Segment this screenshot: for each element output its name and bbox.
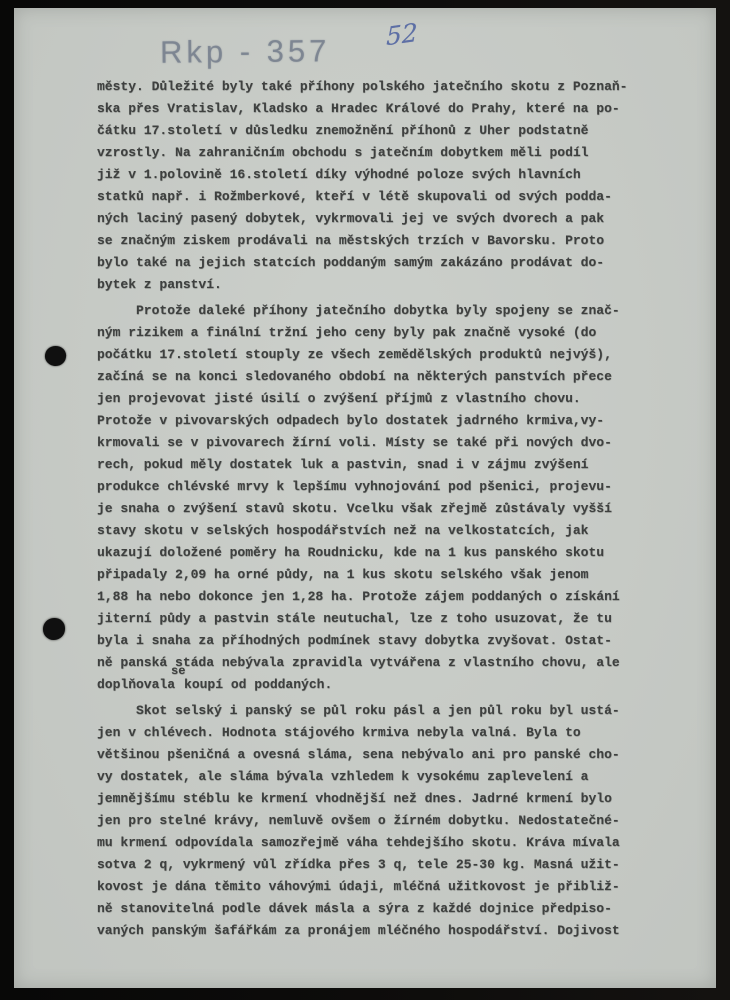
paragraph: Skot selský i panský se půl roku pásl a … <box>97 701 677 943</box>
text-line: byla i snaha za příhodných podmínek stav… <box>97 631 677 653</box>
paragraph: Protože daleké příhony jatečního dobytka… <box>97 301 677 697</box>
text-line: se značným ziskem prodávali na městských… <box>97 231 677 253</box>
text-line: sotva 2 q, vykrmený vůl zřídka přes 3 q,… <box>97 855 677 877</box>
scanned-page-backdrop: Rkp - 357 52 městy. Důležité byly také p… <box>0 0 730 1000</box>
text-line: doplňovalasekoupí od poddaných. <box>97 675 677 697</box>
text-line: bytek z panství. <box>97 275 677 297</box>
paragraph: městy. Důležité byly také příhony polské… <box>97 77 677 297</box>
text-line: jen v chlévech. Hodnota stájového krmiva… <box>97 723 677 745</box>
text-line: kovost je dána těmito váhovými údaji, ml… <box>97 877 677 899</box>
text-line: začíná se na konci sledovaného období na… <box>97 367 677 389</box>
text-line: počátku 17.století stouply ze všech země… <box>97 345 677 367</box>
text-line: vzrostly. Na zahraničním obchodu s jateč… <box>97 143 677 165</box>
insertion-anchor: se <box>175 675 184 688</box>
text-line: produkce chlévské mrvy k lepšímu vyhnojo… <box>97 477 677 499</box>
punch-hole-top <box>43 344 67 367</box>
handwritten-page-number: 52 <box>386 18 418 52</box>
text-line: Skot selský i panský se půl roku pásl a … <box>97 701 677 723</box>
text-line: jemnějšímu stéblu ke krmení vhodnější ne… <box>97 789 677 811</box>
text-line: většinou pšeničná a ovesná sláma, sena n… <box>97 745 677 767</box>
text-line: Protože v pivovarských odpadech bylo dos… <box>97 411 677 433</box>
text-body: městy. Důležité byly také příhony polské… <box>97 77 677 943</box>
text-line: Protože daleké příhony jatečního dobytka… <box>97 301 677 323</box>
text-line: jen projevovat jisté úsilí o zvýšení pří… <box>97 389 677 411</box>
typewritten-page: Rkp - 357 52 městy. Důležité byly také p… <box>14 8 716 988</box>
text-line: ukazují doložené poměry ha Roudnicku, kd… <box>97 543 677 565</box>
inserted-word-above-line: se <box>171 661 185 681</box>
text-line: rech, pokud měly dostatek luk a pastvin,… <box>97 455 677 477</box>
text-line: 1,88 ha nebo dokonce jen 1,28 ha. Protož… <box>97 587 677 609</box>
text-line: stavy skotu v selských hospodářstvích ne… <box>97 521 677 543</box>
manuscript-number-stamp: Rkp - 357 <box>160 33 331 70</box>
text-line: městy. Důležité byly také příhony polské… <box>97 77 677 99</box>
text-line: připadaly 2,09 ha orné půdy, na 1 kus sk… <box>97 565 677 587</box>
text-segment: koupí od poddaných. <box>184 677 332 692</box>
text-line: statků např. i Rožmberkové, kteří v létě… <box>97 187 677 209</box>
text-line: jen pro stelné krávy, nemluvě ovšem o ží… <box>97 811 677 833</box>
text-line: bylo také na jejich statcích poddaným sa… <box>97 253 677 275</box>
text-line: jiterní půdy a pastvin stále neutuchal, … <box>97 609 677 631</box>
text-line: krmovali se v pivovarech žírní voli. Mís… <box>97 433 677 455</box>
text-line: ně stanovitelná podle dávek másla a sýra… <box>97 899 677 921</box>
punch-hole-bottom <box>43 618 65 640</box>
text-line: již v 1.polovině 16.století díky výhodné… <box>97 165 677 187</box>
text-segment: doplňovala <box>97 677 175 692</box>
text-line: mu krmení odpovídala samozřejmě váha teh… <box>97 833 677 855</box>
text-line: ných laciný pasený dobytek, vykrmovali j… <box>97 209 677 231</box>
text-line: ska přes Vratislav, Kladsko a Hradec Krá… <box>97 99 677 121</box>
text-line: vy dostatek, ale sláma bývala vzhledem k… <box>97 767 677 789</box>
text-line: čátku 17.století v důsledku znemožnění p… <box>97 121 677 143</box>
text-line: je snaha o zvýšení stavů skotu. Vcelku v… <box>97 499 677 521</box>
text-line: ným rizikem a finální tržní jeho ceny by… <box>97 323 677 345</box>
text-line: vaných panským šafářkám za pronájem mléč… <box>97 921 677 943</box>
